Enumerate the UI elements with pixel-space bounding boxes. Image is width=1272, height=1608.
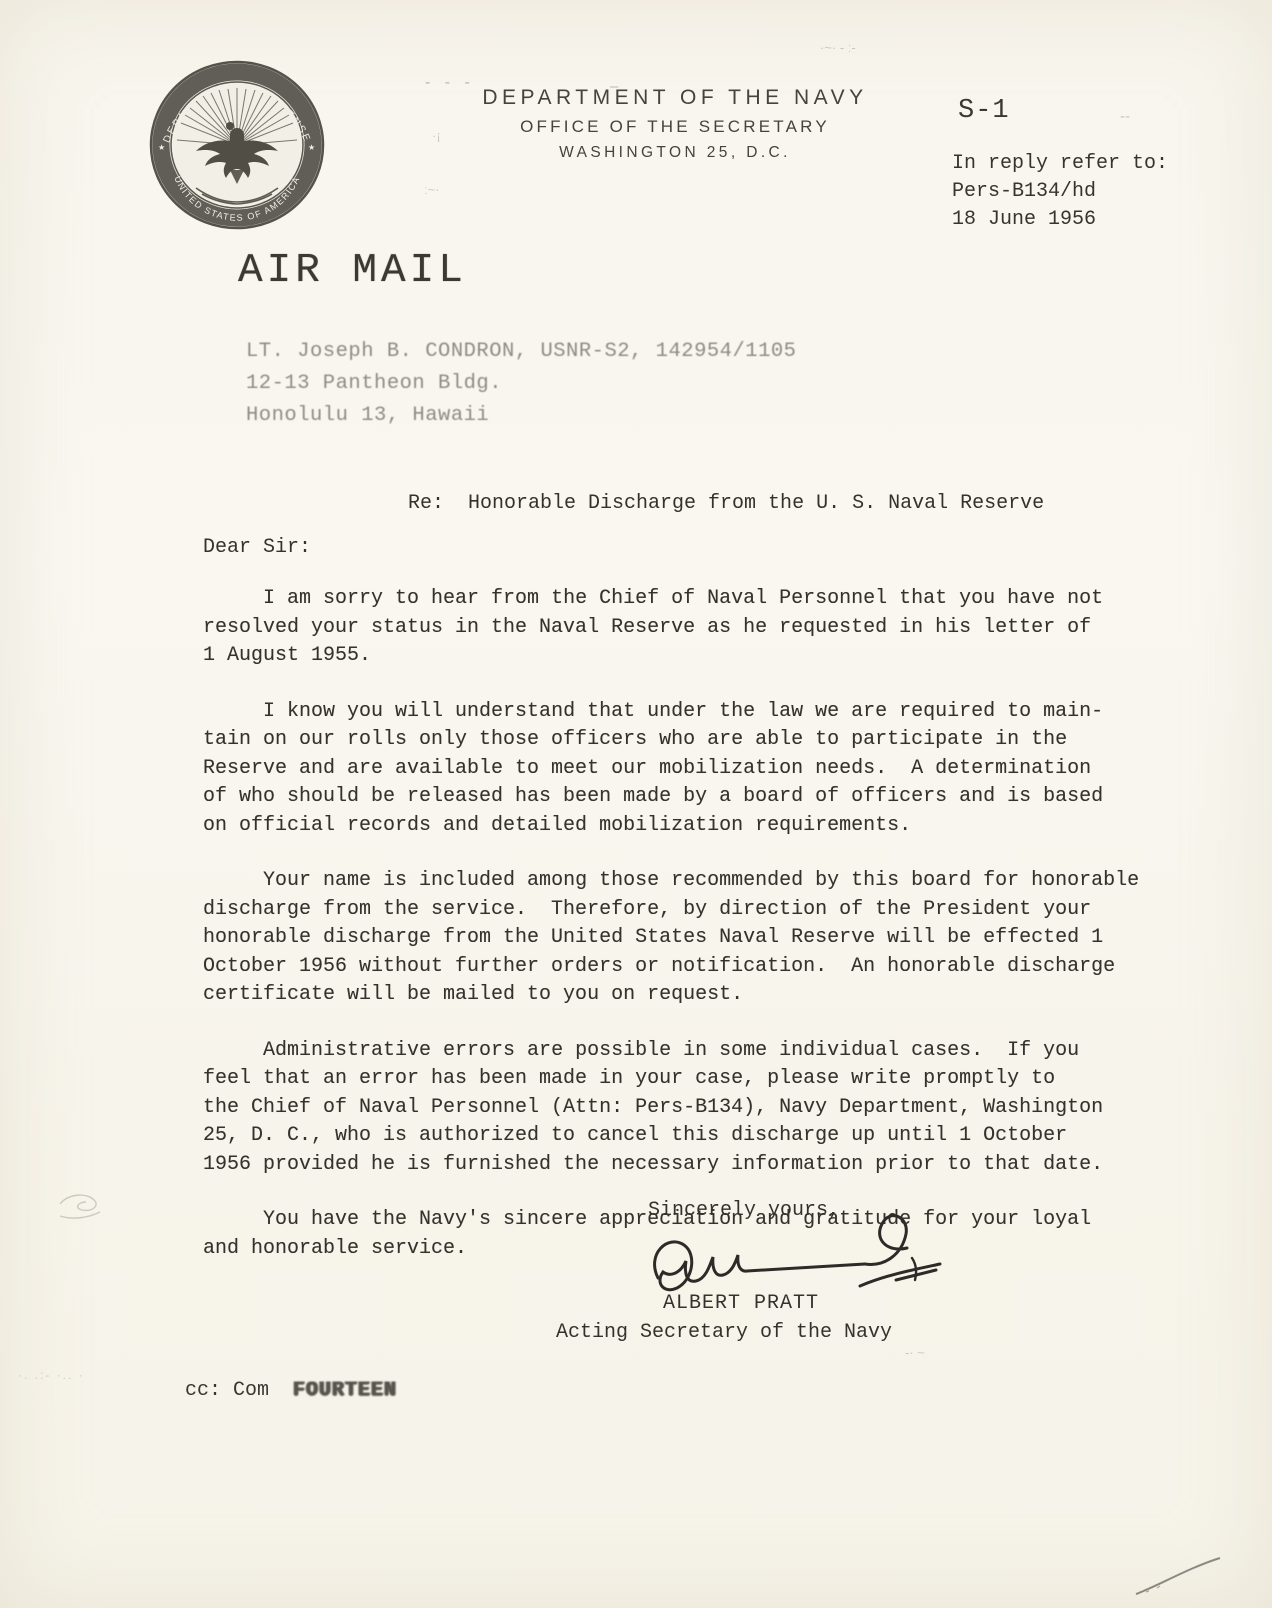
scan-dash-bottom-center: ‑· ~ [905, 1345, 925, 1360]
letterhead: DEPARTMENT OF THE NAVY OFFICE OF THE SEC… [370, 86, 980, 162]
paragraph-1: I am sorry to hear from the Chief of Nav… [203, 585, 1213, 671]
scan-smudge-top-left: ‑ ‑ ‑ [425, 74, 475, 92]
signer-title: Acting Secretary of the Navy [556, 1321, 892, 1344]
signer-name: ALBERT PRATT [663, 1292, 819, 1315]
scan-smudge-top-right: ·~· - ː- [820, 40, 856, 55]
letterhead-line3: WASHINGTON 25, D.C. [370, 144, 980, 162]
subject-line: Re: Honorable Discharge from the U. S. N… [408, 492, 1044, 515]
paragraph-3: Your name is included among those recomm… [203, 867, 1213, 1010]
cc-label: cc: Com [185, 1379, 293, 1402]
scan-pencil-marks-bottom-left: ·. .:‑ ·.. · [18, 1368, 85, 1382]
letter-body: I am sorry to hear from the Chief of Nav… [203, 585, 1213, 1290]
letterhead-line2: OFFICE OF THE SECRETARY [370, 117, 980, 137]
paragraph-2: I know you will understand that under th… [203, 698, 1213, 841]
paragraph-4: Administrative errors are possible in so… [203, 1037, 1213, 1180]
cc-line: cc: Com FOURTEEN [185, 1379, 397, 1402]
salutation: Dear Sir: [203, 536, 311, 559]
recipient-address: LT. Joseph B. CONDRON, USNR-S2, 142954/1… [246, 336, 797, 432]
cc-stamped-value: FOURTEEN [293, 1379, 397, 1402]
scan-smudge-top-center: – [610, 78, 618, 95]
scan-dash-right: ‑‑ [1120, 108, 1130, 125]
scan-smudge-mid2: ː~· [424, 182, 440, 197]
scan-pen-stroke-bottom-right [1118, 1548, 1238, 1606]
department-of-defense-seal: DEPARTMENT OF DEFENSE UNITED STATES OF A… [146, 58, 328, 232]
scan-smudge-mid: ·¡ [432, 128, 441, 143]
reply-reference-block: In reply refer to: Pers-B134/hd 18 June … [952, 150, 1168, 234]
air-mail-stamp: AIR MAIL [238, 248, 467, 294]
seal-star-left-icon: ★ [158, 143, 165, 152]
file-code: S-1 [958, 96, 1010, 126]
scan-scribble-left-margin [46, 1172, 146, 1232]
seal-star-right-icon: ★ [308, 143, 315, 152]
scanned-letter-page: DEPARTMENT OF DEFENSE UNITED STATES OF A… [0, 0, 1272, 1608]
